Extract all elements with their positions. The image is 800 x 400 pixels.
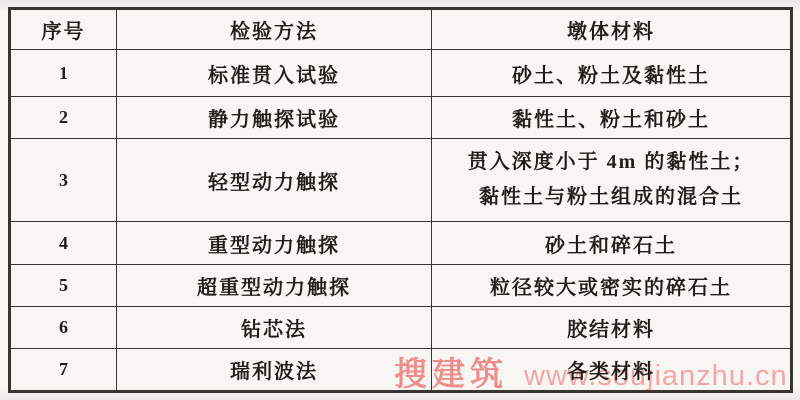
cell-number: 2	[10, 97, 117, 139]
table-row: 1 标准贯入试验 砂土、粉土及黏性土	[10, 50, 792, 97]
cell-number: 1	[10, 50, 117, 97]
cell-number: 4	[10, 222, 117, 265]
header-cell-method: 检验方法	[117, 9, 432, 50]
cell-material: 贯入深度小于 4m 的黏性土； 黏性土与粉土组成的混合土	[432, 139, 792, 222]
cell-number: 6	[10, 307, 117, 349]
cell-method: 静力触探试验	[117, 97, 432, 139]
cell-method: 重型动力触探	[117, 222, 432, 265]
table-row: 5 超重型动力触探 粒径较大或密实的碎石土	[10, 265, 792, 307]
material-line-1: 贯入深度小于 4m 的黏性土；	[432, 145, 790, 180]
cell-material: 各类材料	[432, 349, 792, 392]
cell-method: 超重型动力触探	[117, 265, 432, 307]
table-header-row: 序号 检验方法 墩体材料	[10, 9, 792, 50]
table-row: 7 瑞利波法 各类材料	[10, 349, 792, 392]
cell-method: 轻型动力触探	[117, 139, 432, 222]
cell-material: 黏性土、粉土和砂土	[432, 97, 792, 139]
table-row: 3 轻型动力触探 贯入深度小于 4m 的黏性土； 黏性土与粉土组成的混合土	[10, 139, 792, 222]
inspection-methods-table: 序号 检验方法 墩体材料 1 标准贯入试验 砂土、粉土及黏性土 2 静力触探试验…	[8, 7, 793, 393]
cell-material: 砂土和碎石土	[432, 222, 792, 265]
table-row: 6 钻芯法 胶结材料	[10, 307, 792, 349]
cell-number: 3	[10, 139, 117, 222]
cell-method: 瑞利波法	[117, 349, 432, 392]
cell-material: 粒径较大或密实的碎石土	[432, 265, 792, 307]
table-row: 4 重型动力触探 砂土和碎石土	[10, 222, 792, 265]
cell-method: 钻芯法	[117, 307, 432, 349]
cell-number: 5	[10, 265, 117, 307]
cell-number: 7	[10, 349, 117, 392]
header-cell-material: 墩体材料	[432, 9, 792, 50]
cell-material: 胶结材料	[432, 307, 792, 349]
header-cell-number: 序号	[10, 9, 117, 50]
table-row: 2 静力触探试验 黏性土、粉土和砂土	[10, 97, 792, 139]
cell-method: 标准贯入试验	[117, 50, 432, 97]
scanned-document-page: 搜建筑 www.soujianzhu.cn 序号 检验方法 墩体材料 1 标准贯…	[0, 0, 800, 400]
material-line-2: 黏性土与粉土组成的混合土	[432, 180, 790, 215]
cell-material: 砂土、粉土及黏性土	[432, 50, 792, 97]
